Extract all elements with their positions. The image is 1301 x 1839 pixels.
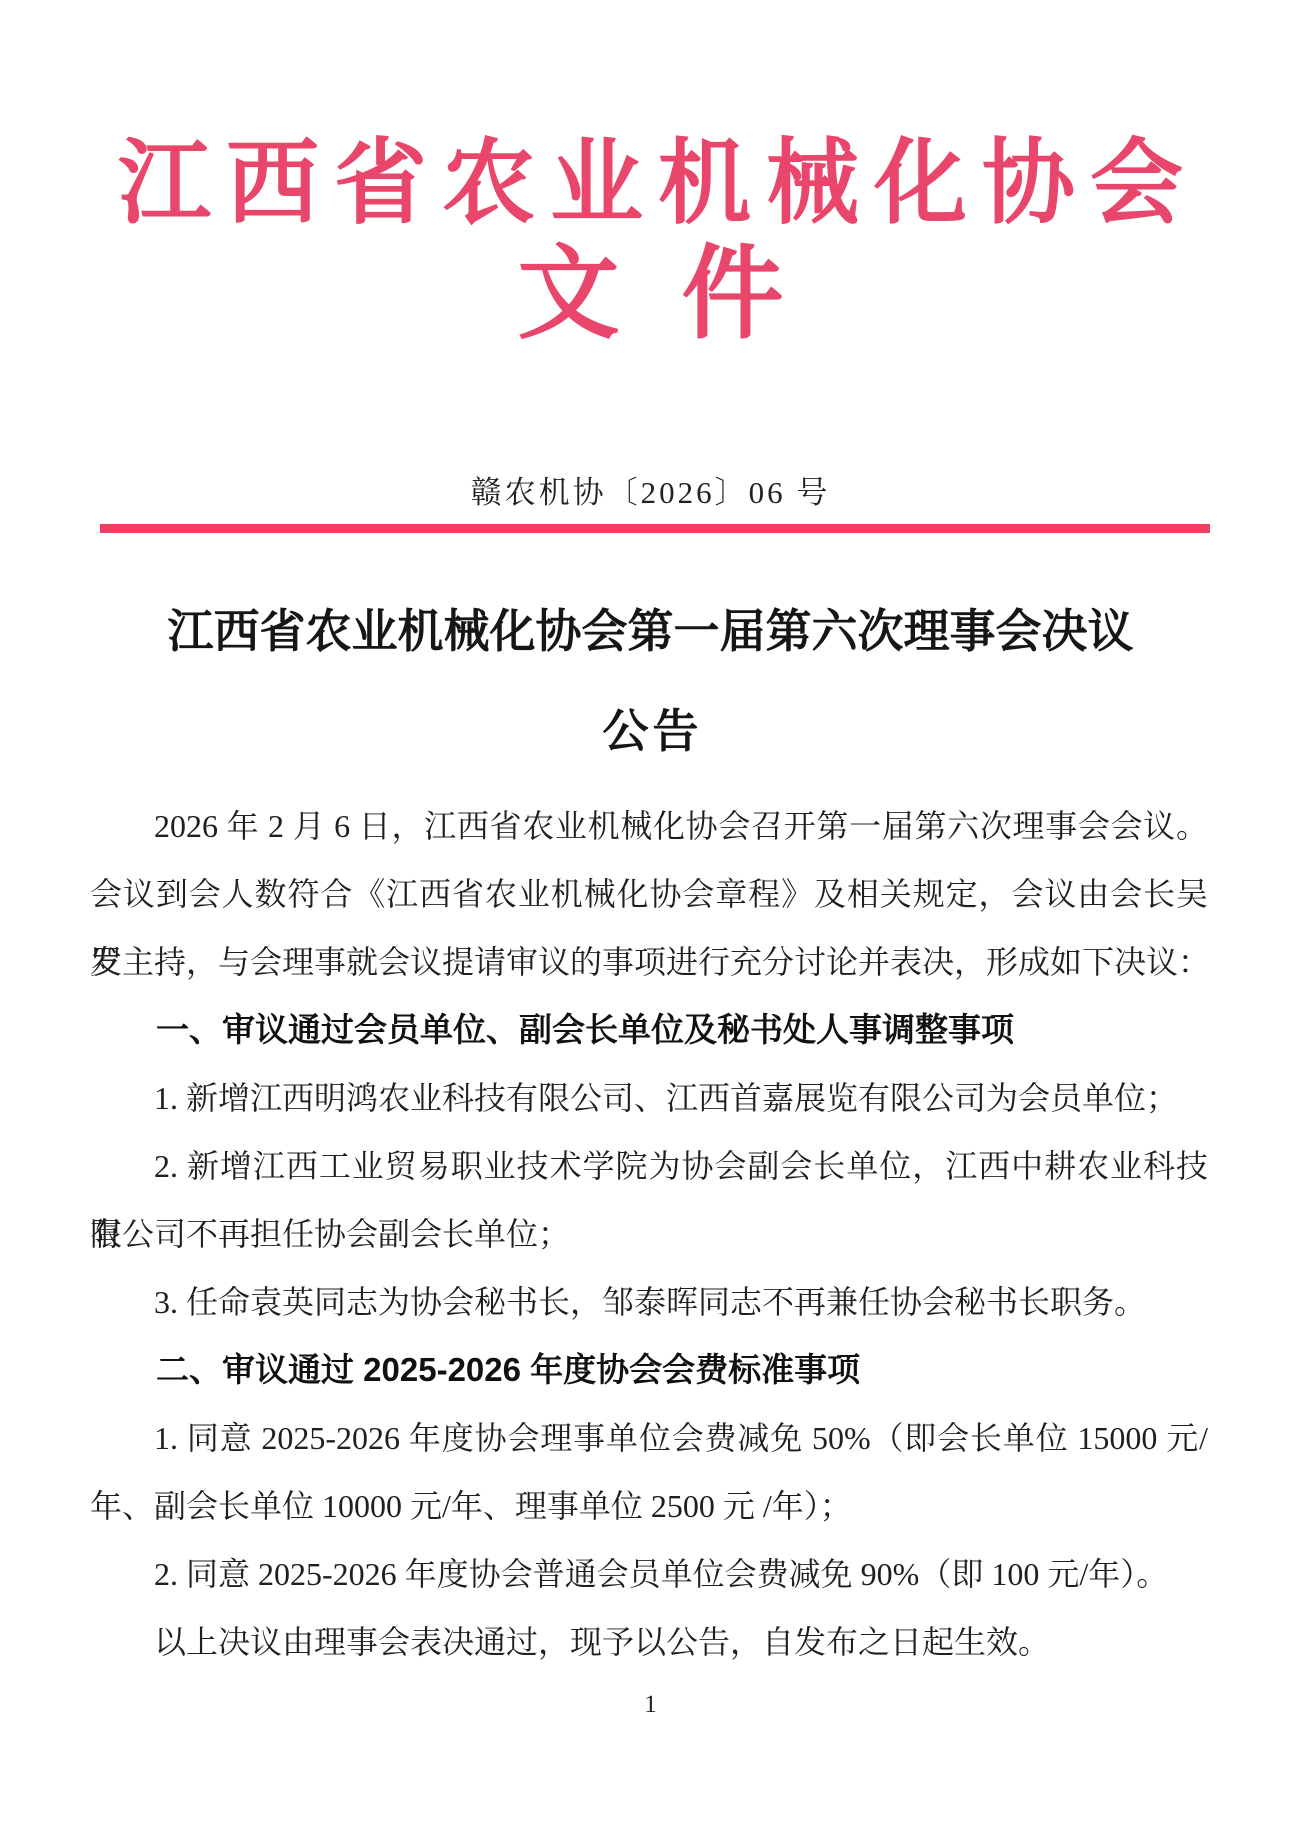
- doc-type-header: 文件: [0, 240, 1301, 352]
- body-line: 年、副会长单位 10000 元/年、理事单位 2500 元 /年）；: [90, 1472, 1208, 1540]
- section-heading: 一、审议通过会员单位、副会长单位及秘书处人事调整事项: [90, 996, 1208, 1064]
- body-line: 限公司不再担任协会副会长单位；: [90, 1200, 1208, 1268]
- red-divider-line: [100, 524, 1210, 533]
- doc-number: 赣农机协〔2026〕06 号: [0, 472, 1301, 514]
- body-line: 以上决议由理事会表决通过，现予以公告，自发布之日起生效。: [90, 1608, 1208, 1676]
- body-line: 1. 同意 2025-2026 年度协会理事单位会费减免 50%（即会长单位 1…: [90, 1404, 1208, 1472]
- body-line: 2. 新增江西工业贸易职业技术学院为协会副会长单位，江西中耕农业科技有: [90, 1132, 1208, 1200]
- body-line: 1. 新增江西明鸿农业科技有限公司、江西首嘉展览有限公司为会员单位；: [90, 1064, 1208, 1132]
- document-page: 江西省农业机械化协会 文件 赣农机协〔2026〕06 号 江西省农业机械化协会第…: [0, 0, 1301, 1839]
- section-heading: 二、审议通过 2025-2026 年度协会会费标准事项: [90, 1336, 1208, 1404]
- body-line: 会议到会人数符合《江西省农业机械化协会章程》及相关规定，会议由会长吴罗: [90, 860, 1208, 928]
- body-line: 2. 同意 2025-2026 年度协会普通会员单位会费减免 90%（即 100…: [90, 1540, 1208, 1608]
- body-lines: 2026 年 2 月 6 日，江西省农业机械化协会召开第一届第六次理事会会议。会…: [90, 792, 1208, 1676]
- doc-title: 江西省农业机械化协会第一届第六次理事会决议: [0, 600, 1301, 664]
- body-line: 发主持，与会理事就会议提请审议的事项进行充分讨论并表决，形成如下决议：: [90, 928, 1208, 996]
- body-line: 3. 任命袁英同志为协会秘书长，邹泰晖同志不再兼任协会秘书长职务。: [90, 1268, 1208, 1336]
- body-line: 2026 年 2 月 6 日，江西省农业机械化协会召开第一届第六次理事会会议。: [90, 792, 1208, 860]
- org-name-header: 江西省农业机械化协会: [0, 130, 1301, 240]
- page-number: 1: [0, 1690, 1301, 1720]
- doc-subtitle: 公告: [0, 700, 1301, 764]
